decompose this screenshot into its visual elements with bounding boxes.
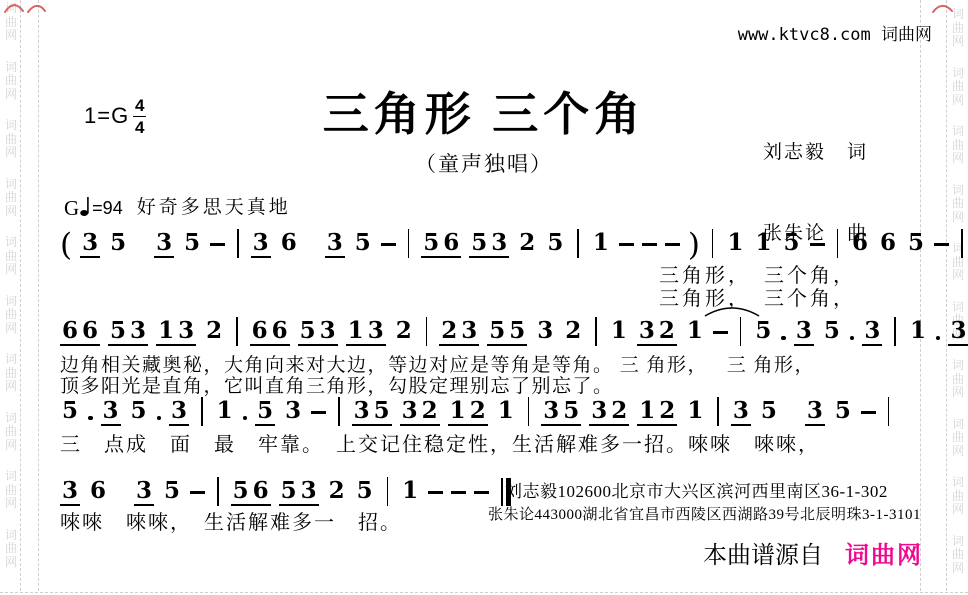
notation-token: 6	[279, 231, 299, 259]
notation-token	[426, 317, 428, 346]
notation-token	[451, 491, 466, 495]
notation-token: 3	[283, 399, 303, 427]
notation-token: 2	[394, 319, 414, 347]
tempo-marking: G =94 好奇多思天真地	[64, 194, 291, 219]
notation-token: 2	[204, 319, 224, 347]
notation-token: 3	[101, 399, 121, 426]
left-dashed-rule-2	[38, 0, 39, 591]
notation-token: 12	[448, 399, 488, 426]
notation-token	[408, 229, 410, 258]
bottom-dashed-rule	[0, 592, 968, 593]
lyric-line: 三角形， 三个角，	[659, 282, 856, 311]
notation-token: 5	[753, 319, 773, 347]
notation-token: 53	[279, 479, 319, 506]
notation-token: 1	[609, 319, 629, 347]
notation-token	[88, 416, 93, 421]
notation-token: 3	[134, 479, 154, 506]
notation-token	[713, 331, 728, 335]
notation-token	[936, 336, 941, 341]
notation-token	[528, 397, 530, 426]
watermark-text: 词曲网	[3, 236, 19, 277]
footer-brand: 词曲网	[845, 535, 923, 570]
notation-token: (	[60, 232, 72, 258]
lyricist-credit: 刘志毅 词	[763, 139, 868, 166]
left-dashed-rule-1	[20, 0, 21, 591]
notation-token: 5	[60, 399, 80, 427]
notation-token: 32	[400, 399, 440, 426]
watermark-text: 词曲网	[950, 125, 966, 166]
notation-token	[210, 243, 225, 247]
notation-token	[595, 317, 597, 346]
notation-token: 5	[545, 231, 565, 259]
notation-token	[810, 243, 825, 247]
notation-token	[577, 229, 579, 258]
notation-token: 56	[421, 231, 461, 258]
notation-token	[740, 317, 742, 346]
lyricist-address: 刘志毅102600北京市大兴区滨河西里南区36-1-302	[505, 477, 888, 502]
notation-token: 3	[60, 479, 80, 506]
lyric-line: 三 点成 面 最 牢靠。 上交记住稳定性，生活解难多一招。唻唻 唻唻，	[60, 428, 820, 457]
notation-token	[619, 243, 634, 247]
notation-token	[888, 397, 890, 426]
notation-token: 5	[759, 399, 779, 427]
notation-token: 1	[496, 399, 516, 427]
watermark-text: 词曲网	[950, 67, 966, 108]
notation-token: 3	[80, 231, 100, 258]
notation-token: 35	[352, 399, 392, 426]
composer-address: 张朱论443000湖北省宜昌市西陵区西湖路39号北辰明珠3-1-3101	[488, 503, 921, 524]
notation-token: 3	[169, 399, 189, 426]
notation-token: 55	[487, 319, 527, 346]
notation-token	[712, 229, 714, 258]
notation-token	[642, 243, 657, 247]
watermark-text: 词曲网	[3, 470, 19, 511]
notation-token: 13	[346, 319, 386, 346]
notation-token: 1	[400, 479, 420, 507]
notation-token: 1	[591, 231, 611, 259]
site-url: www.ktvc8.com 词曲网	[738, 20, 932, 45]
watermark-text: 词曲网	[950, 476, 966, 517]
watermark-text: 词曲网	[3, 412, 19, 453]
music-line-1: (353536355653251)115665	[60, 224, 967, 258]
notation-token: 3	[731, 399, 751, 426]
music-line-4: 36355653251	[60, 472, 511, 506]
notation-token	[850, 336, 855, 341]
music-line-2: 6653132665313223553213215353135	[60, 312, 968, 346]
notation-token: 1	[908, 319, 928, 347]
notation-token: 1	[685, 399, 705, 427]
notation-token	[717, 397, 719, 426]
notation-token: 56	[231, 479, 271, 506]
notation-token: 1	[753, 231, 773, 259]
notation-token	[381, 243, 396, 247]
notation-token: 3	[154, 231, 174, 258]
left-watermark-column: 词曲网词曲网词曲网词曲网词曲网词曲网词曲网词曲网词曲网词曲网	[3, 2, 19, 587]
notation-token: 53	[469, 231, 509, 258]
notation-token	[236, 317, 238, 346]
notation-token	[237, 229, 239, 258]
watermark-text: 词曲网	[3, 529, 19, 570]
notation-token: 3	[794, 319, 814, 346]
notation-token: 3	[948, 319, 968, 346]
notation-token: 5	[906, 231, 926, 259]
notation-token	[201, 397, 203, 426]
watermark-text: 词曲网	[950, 535, 966, 576]
notation-token	[474, 491, 489, 495]
right-dashed-rule-2	[946, 0, 947, 591]
notation-token	[243, 416, 248, 421]
notation-token: 32	[589, 399, 629, 426]
notation-token: 3	[535, 319, 555, 347]
sheet-music-page: 词曲网词曲网词曲网词曲网词曲网词曲网词曲网词曲网词曲网词曲网 词曲网词曲网词曲网…	[0, 0, 968, 595]
notation-token: 53	[298, 319, 338, 346]
notation-token: 23	[439, 319, 479, 346]
notation-token: 5	[182, 231, 202, 259]
notation-token: 32	[637, 319, 677, 346]
notation-token	[387, 477, 389, 506]
tempo-prefix: G	[64, 198, 79, 219]
notation-token: 2	[563, 319, 583, 347]
notation-token: 66	[250, 319, 290, 346]
notation-token: 3	[862, 319, 882, 346]
notation-token: 1	[215, 399, 235, 427]
notation-token	[190, 491, 205, 495]
notation-token: 6	[850, 231, 870, 259]
notation-token: 3	[251, 231, 271, 258]
right-watermark-column: 词曲网词曲网词曲网词曲网词曲网词曲网词曲网词曲网词曲网词曲网	[950, 8, 966, 593]
watermark-text: 词曲网	[950, 418, 966, 459]
notation-token: 66	[60, 319, 100, 346]
notation-token	[861, 411, 876, 415]
notation-token	[338, 397, 340, 426]
watermark-text: 词曲网	[950, 359, 966, 400]
watermark-text: 词曲网	[3, 61, 19, 102]
notation-token: )	[688, 232, 700, 258]
notation-token: 13	[156, 319, 196, 346]
notation-token	[894, 317, 896, 346]
notation-token	[157, 416, 162, 421]
watermark-text: 词曲网	[3, 119, 19, 160]
red-corner-mark-right	[930, 1, 962, 16]
notation-token	[217, 477, 219, 506]
tempo-value: =94	[92, 199, 123, 219]
red-corner-mark-left	[2, 1, 48, 16]
notation-token: 5	[162, 479, 182, 507]
notation-token: 5	[355, 479, 375, 507]
expression-text: 好奇多思天真地	[137, 198, 291, 219]
notation-token: 6	[88, 479, 108, 507]
notation-token: 1	[725, 231, 745, 259]
notation-token: 5	[781, 231, 801, 259]
notation-token: 2	[327, 479, 347, 507]
notation-token: 5	[353, 231, 373, 259]
notation-token: 35	[541, 399, 581, 426]
notation-token: 12	[637, 399, 677, 426]
quarter-note-icon	[80, 194, 91, 217]
lyric-line: 唻唻 唻唻， 生活解难多一 招。	[60, 506, 402, 535]
notation-token: 53	[108, 319, 148, 346]
watermark-text: 词曲网	[3, 353, 19, 394]
notation-token: 5	[108, 231, 128, 259]
watermark-text: 词曲网	[950, 184, 966, 225]
notation-token	[961, 229, 963, 258]
footer-attribution: 本曲谱源自 词曲网	[703, 535, 923, 570]
notation-token	[837, 229, 839, 258]
watermark-text: 词曲网	[3, 295, 19, 336]
notation-token: 5	[822, 319, 842, 347]
notation-token: 3	[805, 399, 825, 426]
notation-token: 5	[833, 399, 853, 427]
watermark-text: 词曲网	[3, 178, 19, 219]
notation-token: 2	[517, 231, 537, 259]
footer-prefix: 本曲谱源自	[703, 535, 823, 570]
notation-token: 5	[129, 399, 149, 427]
notation-token: 3	[325, 231, 345, 258]
notation-token	[934, 243, 949, 247]
notation-token	[428, 491, 443, 495]
lyric-line: 顶多阳光是直角，它叫直角三角形，勾股定理别忘了别忘了。	[60, 371, 614, 398]
notation-token: 6	[878, 231, 898, 259]
notation-token	[665, 243, 680, 247]
notation-token: 5	[255, 399, 275, 426]
notation-token	[781, 336, 786, 341]
notation-token: 1	[685, 319, 705, 347]
notation-token	[311, 411, 326, 415]
